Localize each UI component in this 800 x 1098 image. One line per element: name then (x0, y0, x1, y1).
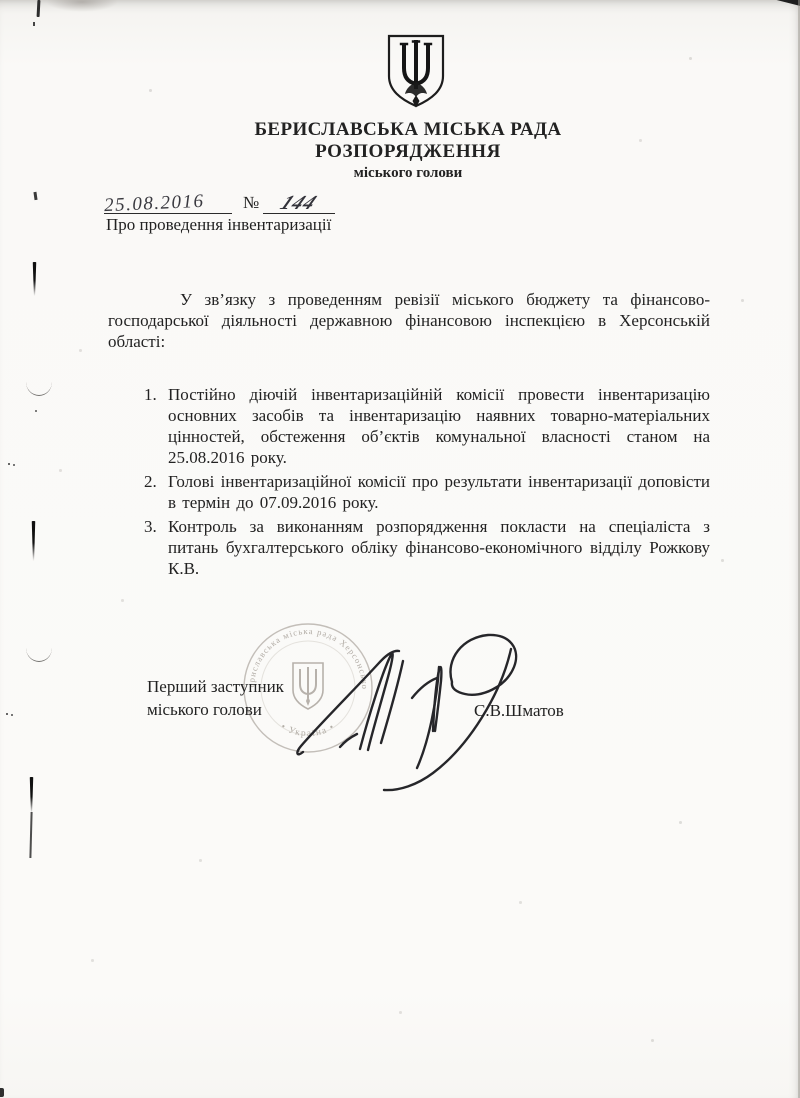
handwritten-number: 144 (276, 192, 321, 215)
document-subject: Про проведення інвентаризації (106, 214, 331, 235)
scan-speck (33, 22, 35, 26)
list-item: 1. Постійно діючій інвентаризаційній ком… (144, 384, 710, 468)
item-number: 2. (144, 471, 168, 513)
item-text: Голові інвентаризаційної комісії про рез… (168, 471, 710, 513)
binding-mark (31, 521, 36, 561)
item-text: Постійно діючій інвентаризаційній комісі… (168, 384, 710, 468)
date-number-line: 25.08.2016 № 144 (104, 186, 335, 214)
binding-mark (33, 192, 37, 200)
item-number: 3. (144, 516, 168, 579)
document-subtitle: міського голови (8, 164, 800, 182)
list-item: 3. Контроль за виконанням розпорядження … (144, 516, 710, 579)
signatory-title-line2: міського голови (147, 699, 284, 722)
scanned-document-page: БЕРИСЛАВСЬКА МІСЬКА РАДА РОЗПОРЯДЖЕННЯ м… (0, 0, 800, 1098)
scan-mark-top-left (37, 0, 41, 17)
number-field: 144 (263, 190, 335, 214)
scan-speck (35, 410, 37, 412)
scan-curve-mark (26, 648, 52, 662)
binding-mark (32, 262, 37, 296)
scan-mark-bottom-left (0, 1088, 4, 1097)
preamble-paragraph: У зв’язку з проведенням ревізії міського… (108, 289, 710, 352)
scan-curve-mark (26, 382, 52, 396)
ordered-item-list: 1. Постійно діючій інвентаризаційній ком… (144, 384, 710, 582)
document-header: БЕРИСЛАВСЬКА МІСЬКА РАДА РОЗПОРЯДЖЕННЯ м… (8, 119, 800, 182)
signatory-name: С.В.Шматов (474, 701, 564, 721)
organization-name: БЕРИСЛАВСЬКА МІСЬКА РАДА (8, 119, 800, 140)
date-field: 25.08.2016 (104, 191, 232, 214)
item-text: Контроль за виконанням розпорядження пок… (168, 516, 710, 579)
list-item: 2. Голові інвентаризаційної комісії про … (144, 471, 710, 513)
scan-mark-top-right (775, 0, 800, 6)
coat-of-arms-ukraine-icon (384, 32, 448, 109)
scan-shadow-top-left (46, 0, 118, 12)
binding-mark-tail (29, 812, 32, 858)
number-sign: № (243, 193, 259, 214)
document-type: РОЗПОРЯДЖЕННЯ (8, 141, 800, 162)
signatory-title-line1: Перший заступник (147, 676, 284, 699)
scan-speck (8, 463, 10, 465)
binding-mark (29, 777, 34, 813)
item-number: 1. (144, 384, 168, 468)
signatory-title: Перший заступник міського голови (147, 676, 284, 721)
scan-speck (6, 713, 8, 715)
scan-speckles (0, 0, 1, 1)
